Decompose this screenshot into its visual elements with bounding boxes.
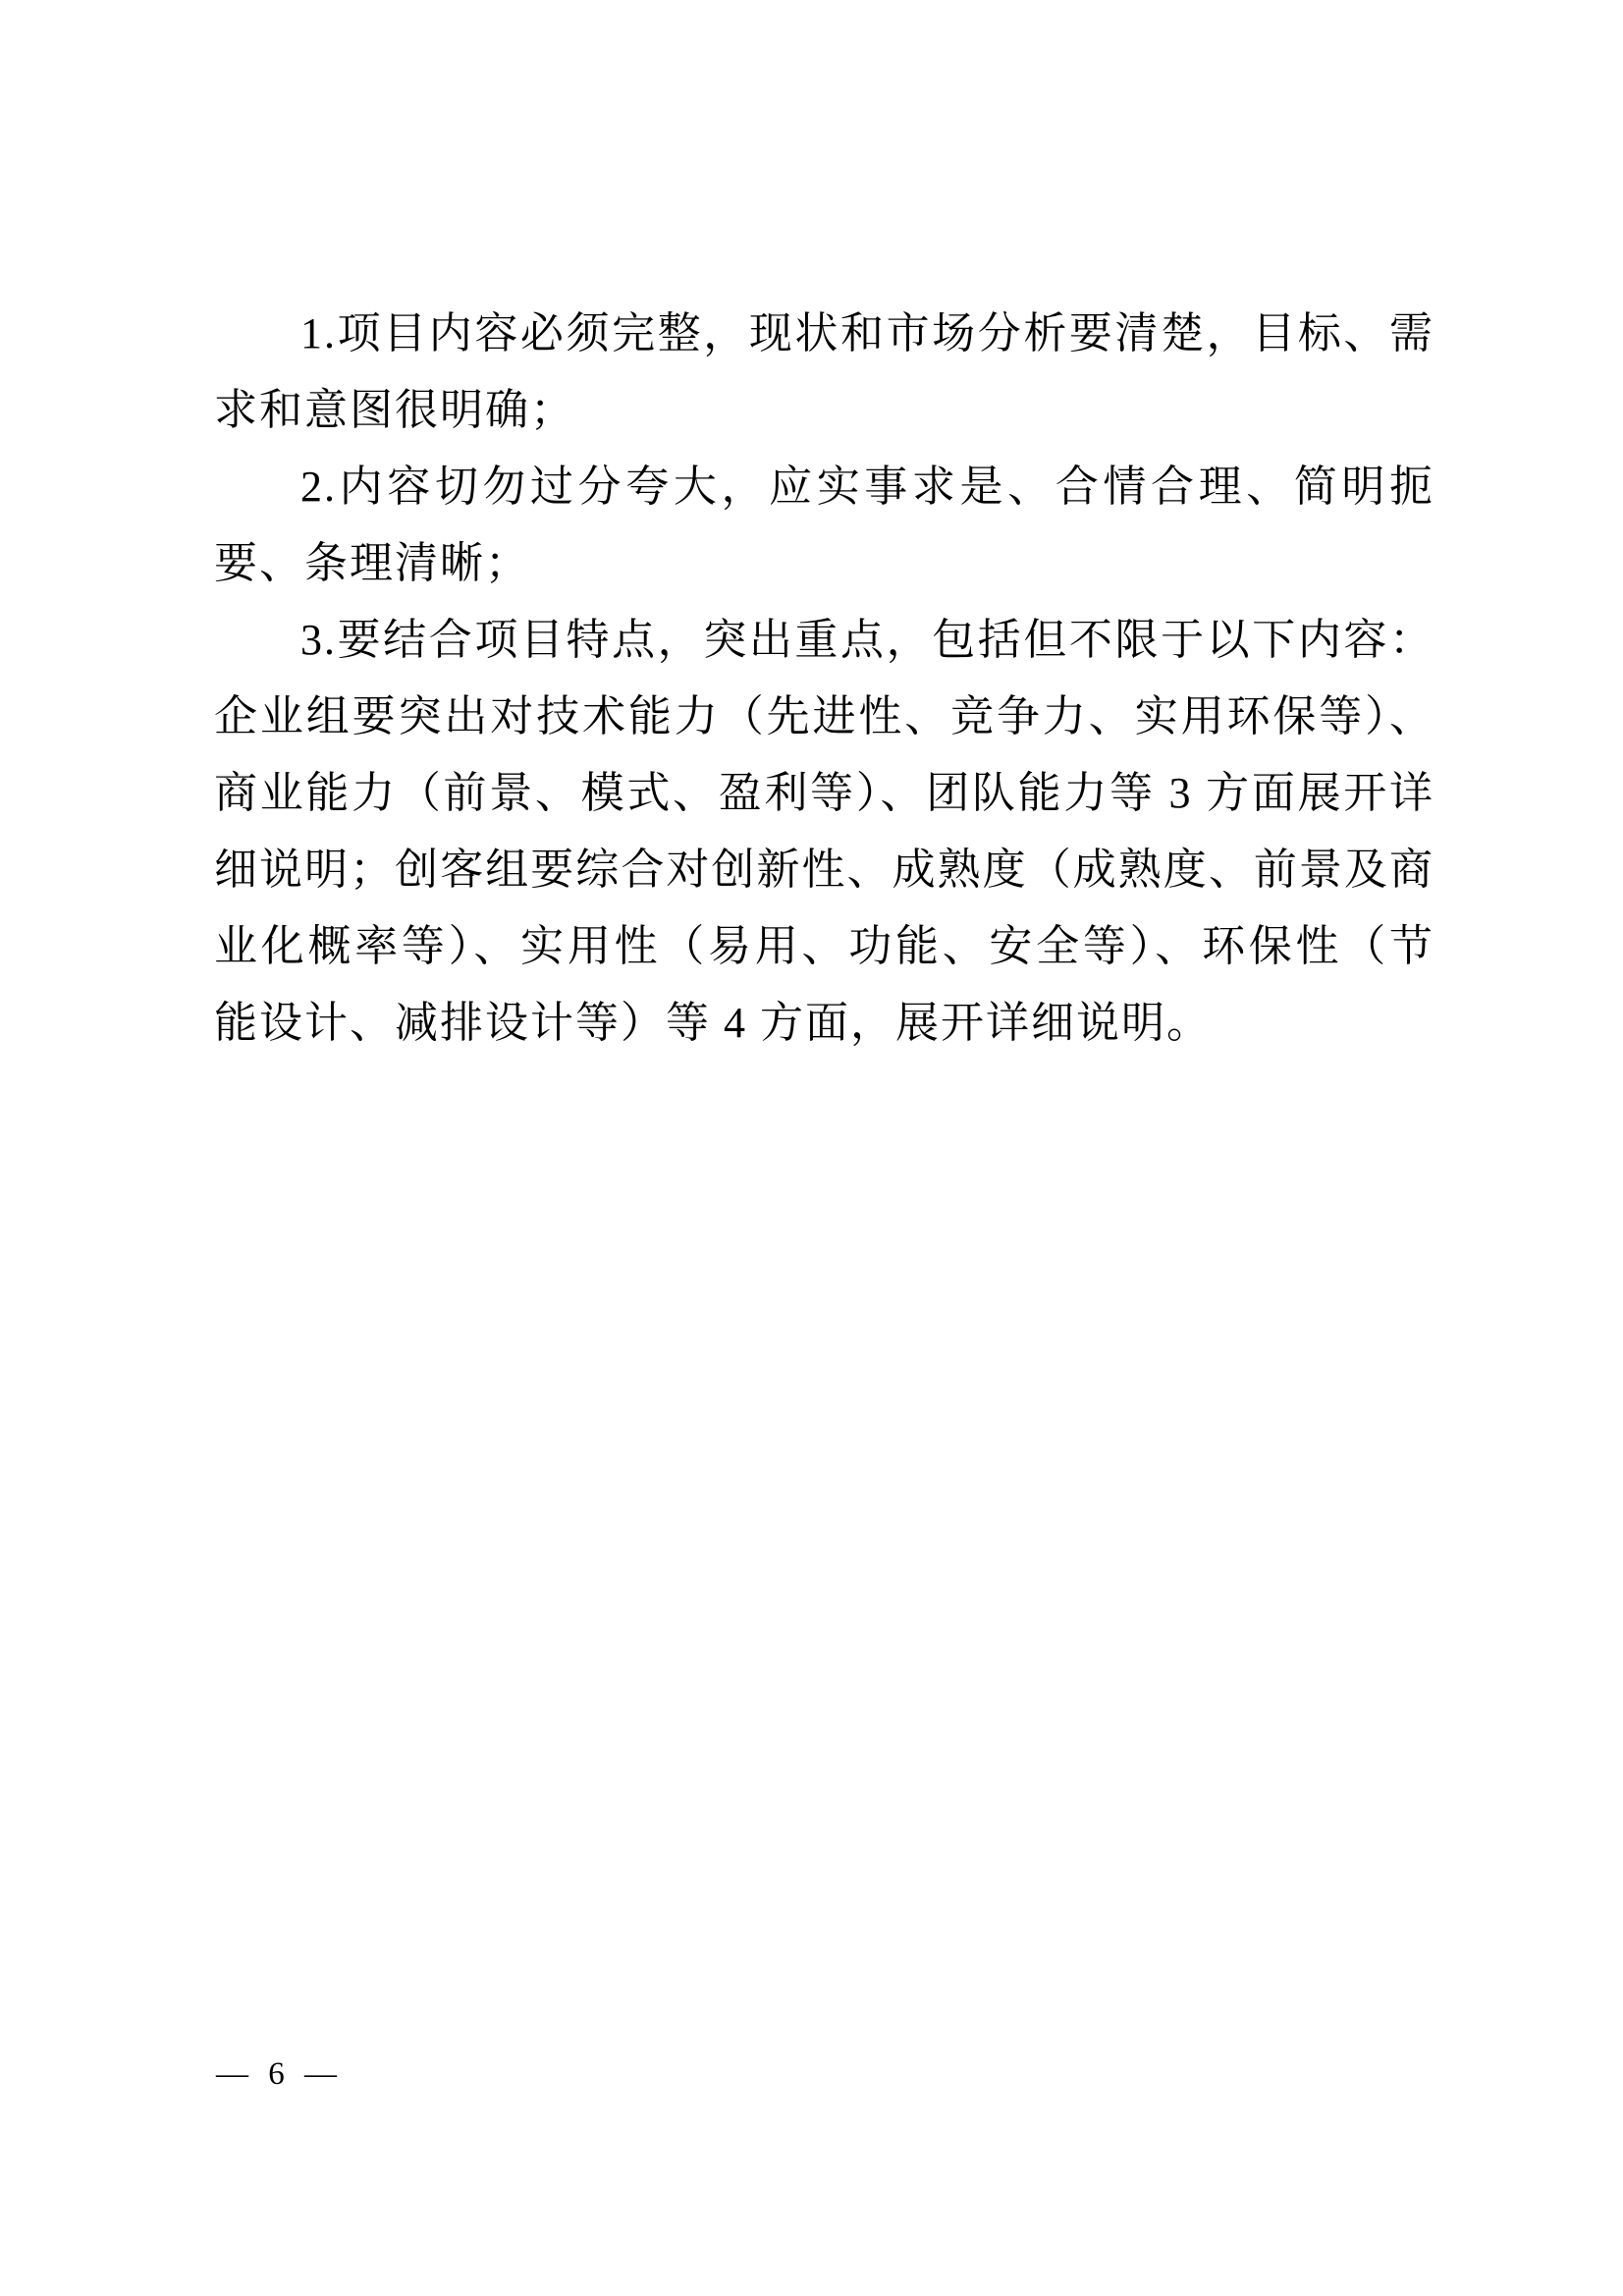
paragraph-2: 2.内容切勿过分夸大，应实事求是、合情合理、简明扼要、条理清晰； bbox=[214, 449, 1434, 602]
paragraph-3: 3.要结合项目特点，突出重点，包括但不限于以下内容：企业组要突出对技术能力（先进… bbox=[214, 602, 1434, 1062]
document-body: 1.项目内容必须完整，现状和市场分析要清楚，目标、需求和意图很明确； 2.内容切… bbox=[214, 296, 1434, 1062]
page-number: — 6 — bbox=[216, 2056, 343, 2093]
paragraph-1: 1.项目内容必须完整，现状和市场分析要清楚，目标、需求和意图很明确； bbox=[214, 296, 1434, 449]
document-page: 1.项目内容必须完整，现状和市场分析要清楚，目标、需求和意图很明确； 2.内容切… bbox=[0, 0, 1623, 2296]
